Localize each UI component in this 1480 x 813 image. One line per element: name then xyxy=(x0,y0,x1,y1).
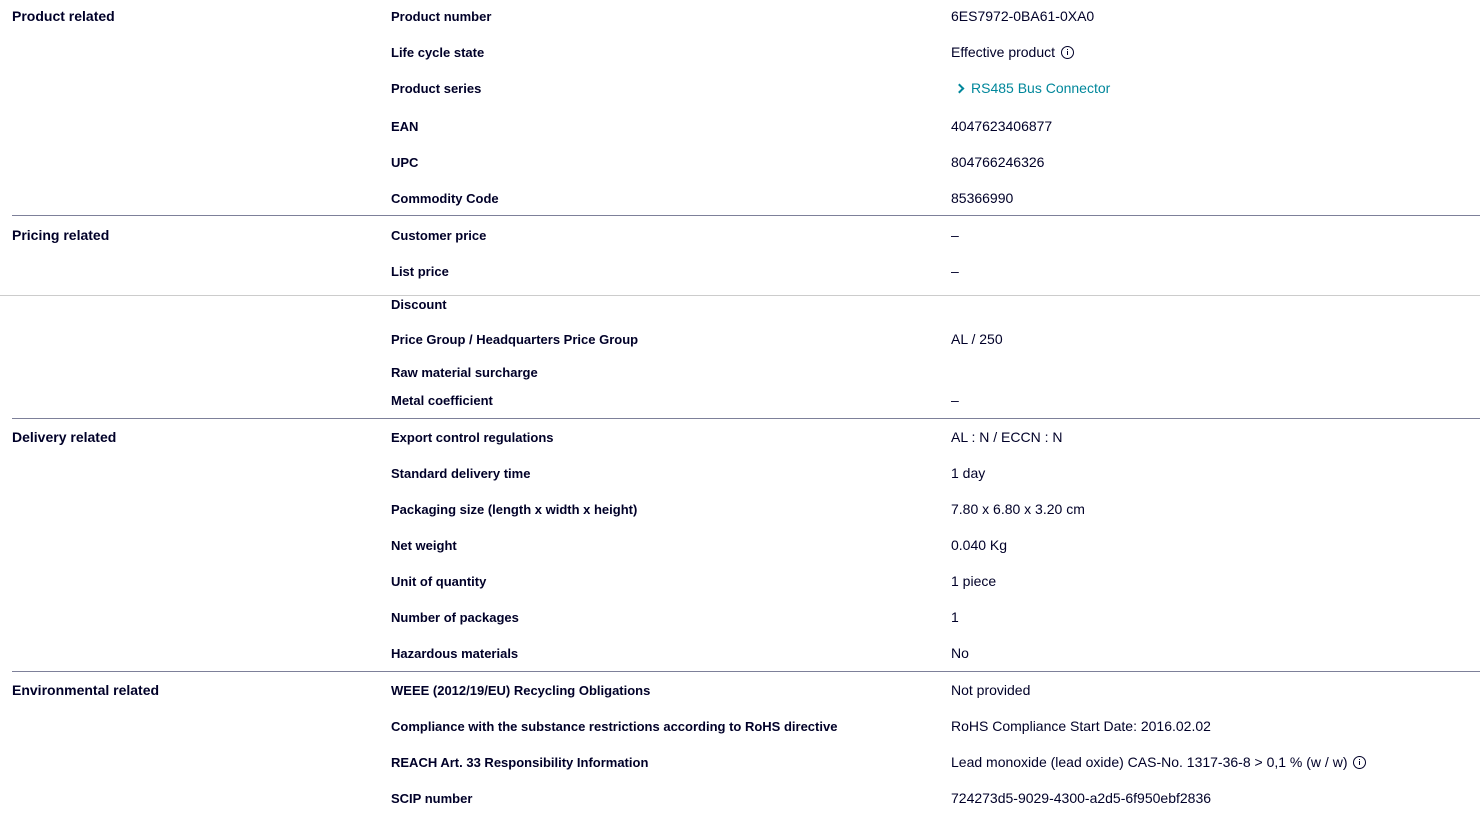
section-title-pricing: Pricing related xyxy=(12,227,109,243)
label-discount: Discount xyxy=(391,297,447,312)
section-title-environmental: Environmental related xyxy=(12,682,159,698)
value-reach: Lead monoxide (lead oxide) CAS-No. 1317-… xyxy=(951,754,1366,770)
product-series-link[interactable]: RS485 Bus Connector xyxy=(951,80,1110,96)
value-scip: 724273d5-9029-4300-a2d5-6f950ebf2836 xyxy=(951,790,1211,806)
number-of-packages-text: 1 xyxy=(951,609,959,625)
net-weight-text: 0.040 Kg xyxy=(951,537,1007,553)
upc-text: 804766246326 xyxy=(951,154,1044,170)
value-customer-price: – xyxy=(951,227,959,243)
value-net-weight: 0.040 Kg xyxy=(951,537,1007,553)
label-price-group: Price Group / Headquarters Price Group xyxy=(391,332,638,347)
ean-text: 4047623406877 xyxy=(951,118,1052,134)
section-title-delivery: Delivery related xyxy=(12,429,116,445)
label-export-control: Export control regulations xyxy=(391,430,554,445)
section-title-product: Product related xyxy=(12,8,115,24)
section-divider xyxy=(12,671,1480,672)
label-rohs: Compliance with the substance restrictio… xyxy=(391,719,837,734)
customer-price-text: – xyxy=(951,227,959,243)
delivery-time-text: 1 day xyxy=(951,465,985,481)
product-series-link-text: RS485 Bus Connector xyxy=(971,80,1110,96)
label-reach: REACH Art. 33 Responsibility Information xyxy=(391,755,648,770)
label-weee: WEEE (2012/19/EU) Recycling Obligations xyxy=(391,683,650,698)
price-group-text: AL / 250 xyxy=(951,331,1003,347)
chevron-right-icon xyxy=(955,83,965,93)
section-divider xyxy=(12,215,1480,216)
scip-text: 724273d5-9029-4300-a2d5-6f950ebf2836 xyxy=(951,790,1211,806)
value-product-series: RS485 Bus Connector xyxy=(951,80,1110,96)
label-net-weight: Net weight xyxy=(391,538,457,553)
commodity-code-text: 85366990 xyxy=(951,190,1013,206)
value-life-cycle-state: Effective product xyxy=(951,44,1074,60)
label-list-price: List price xyxy=(391,264,449,279)
info-icon[interactable] xyxy=(1353,756,1366,769)
value-rohs: RoHS Compliance Start Date: 2016.02.02 xyxy=(951,718,1211,734)
value-number-of-packages: 1 xyxy=(951,609,959,625)
value-product-number: 6ES7972-0BA61-0XA0 xyxy=(951,8,1094,24)
label-delivery-time: Standard delivery time xyxy=(391,466,530,481)
list-price-text: – xyxy=(951,263,959,279)
label-upc: UPC xyxy=(391,155,418,170)
label-product-number: Product number xyxy=(391,9,491,24)
row-divider xyxy=(0,295,1480,296)
label-scip: SCIP number xyxy=(391,791,472,806)
value-metal-coefficient: – xyxy=(951,392,959,408)
label-raw-material-surcharge: Raw material surcharge xyxy=(391,365,538,380)
info-icon[interactable] xyxy=(1061,46,1074,59)
label-packaging-size: Packaging size (length x width x height) xyxy=(391,502,637,517)
section-divider xyxy=(12,418,1480,419)
value-upc: 804766246326 xyxy=(951,154,1044,170)
life-cycle-state-text: Effective product xyxy=(951,44,1055,60)
value-price-group: AL / 250 xyxy=(951,331,1003,347)
label-hazardous-materials: Hazardous materials xyxy=(391,646,518,661)
label-customer-price: Customer price xyxy=(391,228,486,243)
value-weee: Not provided xyxy=(951,682,1030,698)
value-hazardous-materials: No xyxy=(951,645,969,661)
value-packaging-size: 7.80 x 6.80 x 3.20 cm xyxy=(951,501,1085,517)
label-number-of-packages: Number of packages xyxy=(391,610,519,625)
product-number-text: 6ES7972-0BA61-0XA0 xyxy=(951,8,1094,24)
hazardous-materials-text: No xyxy=(951,645,969,661)
value-delivery-time: 1 day xyxy=(951,465,985,481)
label-metal-coefficient: Metal coefficient xyxy=(391,393,493,408)
packaging-size-text: 7.80 x 6.80 x 3.20 cm xyxy=(951,501,1085,517)
value-unit-of-quantity: 1 piece xyxy=(951,573,996,589)
value-commodity-code: 85366990 xyxy=(951,190,1013,206)
reach-text: Lead monoxide (lead oxide) CAS-No. 1317-… xyxy=(951,754,1347,770)
export-control-text: AL : N / ECCN : N xyxy=(951,429,1063,445)
weee-text: Not provided xyxy=(951,682,1030,698)
label-life-cycle-state: Life cycle state xyxy=(391,45,484,60)
label-product-series: Product series xyxy=(391,81,481,96)
label-commodity-code: Commodity Code xyxy=(391,191,499,206)
metal-coefficient-text: – xyxy=(951,392,959,408)
label-ean: EAN xyxy=(391,119,418,134)
value-export-control: AL : N / ECCN : N xyxy=(951,429,1063,445)
rohs-text: RoHS Compliance Start Date: 2016.02.02 xyxy=(951,718,1211,734)
value-list-price: – xyxy=(951,263,959,279)
label-unit-of-quantity: Unit of quantity xyxy=(391,574,486,589)
unit-of-quantity-text: 1 piece xyxy=(951,573,996,589)
value-ean: 4047623406877 xyxy=(951,118,1052,134)
